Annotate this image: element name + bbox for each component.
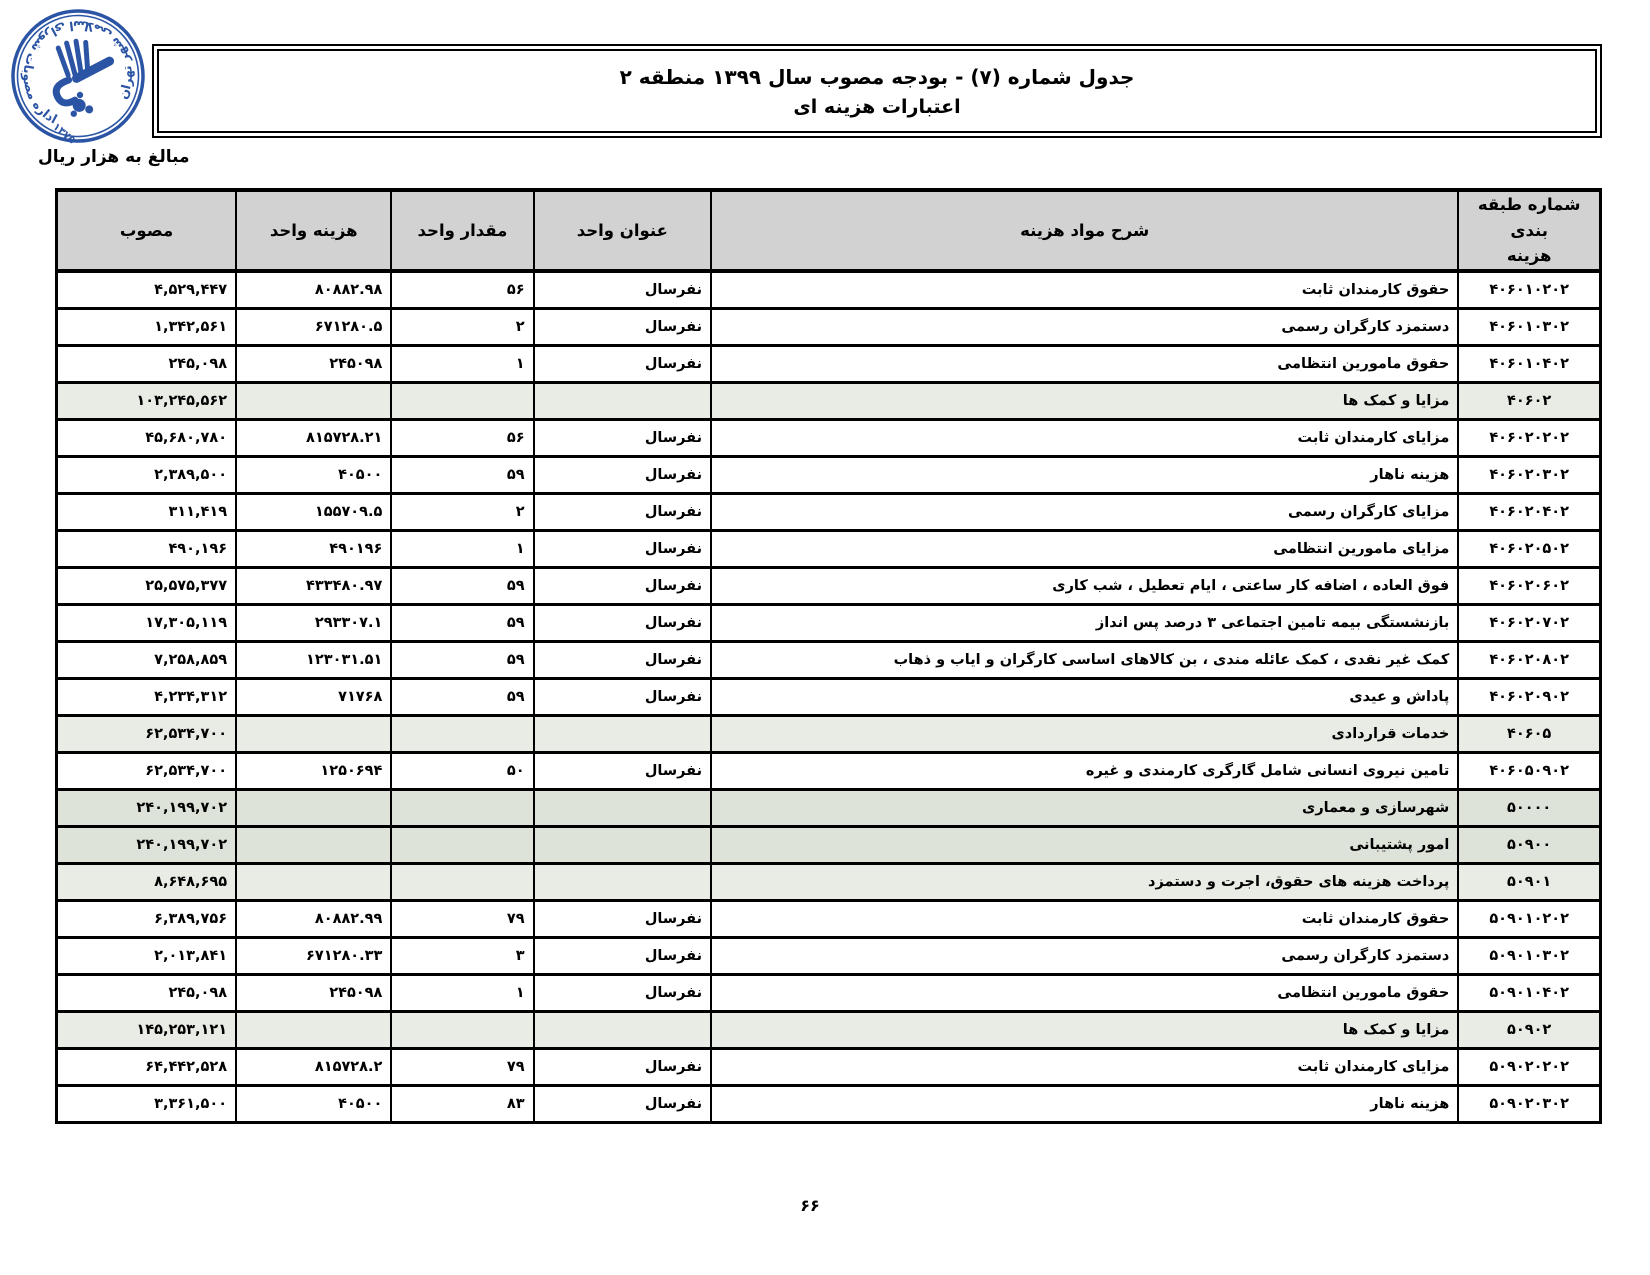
cell-unit-qty: ۵۹ — [391, 604, 533, 641]
cell-classification-code: ۵۰۹۰۱۰۳۰۲ — [1458, 937, 1600, 974]
cell-unit-title: نفرسال — [534, 641, 711, 678]
cell-unit-qty — [391, 715, 533, 752]
cell-description: حقوق مامورین انتظامی — [711, 345, 1458, 382]
cell-approved: ۳,۳۶۱,۵۰۰ — [57, 1085, 237, 1122]
cell-unit-title — [534, 789, 711, 826]
cell-unit-qty — [391, 826, 533, 863]
cell-classification-code: ۴۰۶۰۲۰۴۰۲ — [1458, 493, 1600, 530]
cell-classification-code: ۵۰۹۰۲۰۲۰۲ — [1458, 1048, 1600, 1085]
cell-classification-code: ۵۰۹۰۱ — [1458, 863, 1600, 900]
cell-unit-cost: ۸۱۵۷۲۸.۲ — [236, 1048, 391, 1085]
cell-unit-cost: ۱۲۳۰۳۱.۵۱ — [236, 641, 391, 678]
col-header-description: شرح مواد هزینه — [711, 190, 1458, 271]
table-row: ۴۰۶۰۱۰۴۰۲ حقوق مامورین انتظامی نفرسال ۱ … — [57, 345, 1601, 382]
cell-unit-qty: ۵۹ — [391, 567, 533, 604]
table-body: ۴۰۶۰۱۰۲۰۲ حقوق کارمندان ثابت نفرسال ۵۶ ۸… — [57, 271, 1601, 1123]
cell-unit-cost — [236, 715, 391, 752]
table-row: ۵۰۹۰۱ پرداخت هزینه های حقوق، اجرت و دستم… — [57, 863, 1601, 900]
cell-classification-code: ۴۰۶۰۲ — [1458, 382, 1600, 419]
cell-approved: ۲,۰۱۳,۸۴۱ — [57, 937, 237, 974]
cell-classification-code: ۴۰۶۰۲۰۳۰۲ — [1458, 456, 1600, 493]
cell-unit-title: نفرسال — [534, 271, 711, 309]
cell-unit-qty — [391, 789, 533, 826]
cell-unit-title: نفرسال — [534, 456, 711, 493]
cell-approved: ۴۵,۶۸۰,۷۸۰ — [57, 419, 237, 456]
cell-unit-cost: ۱۲۵۰۶۹۴ — [236, 752, 391, 789]
cell-classification-code: ۴۰۶۰۲۰۸۰۲ — [1458, 641, 1600, 678]
cell-unit-qty: ۲ — [391, 493, 533, 530]
table-row: ۴۰۶۰۵ خدمات قراردادی ۶۲,۵۳۴,۷۰۰ — [57, 715, 1601, 752]
cell-approved: ۳۱۱,۴۱۹ — [57, 493, 237, 530]
table-row: ۵۰۹۰۱۰۳۰۲ دستمزد کارگران رسمی نفرسال ۳ ۶… — [57, 937, 1601, 974]
cell-approved: ۴۹۰,۱۹۶ — [57, 530, 237, 567]
cell-description: مزایای کارگران رسمی — [711, 493, 1458, 530]
cell-description: حقوق کارمندان ثابت — [711, 900, 1458, 937]
cell-approved: ۲,۳۸۹,۵۰۰ — [57, 456, 237, 493]
cell-description: تامین نیروی انسانی شامل گارگری کارمندی و… — [711, 752, 1458, 789]
cell-description: دستمزد کارگران رسمی — [711, 308, 1458, 345]
cell-unit-title: نفرسال — [534, 567, 711, 604]
table-row: ۴۰۶۰۲۰۲۰۲ مزایای کارمندان ثابت نفرسال ۵۶… — [57, 419, 1601, 456]
cell-unit-title: نفرسال — [534, 1048, 711, 1085]
cell-unit-title: نفرسال — [534, 493, 711, 530]
cell-unit-qty — [391, 382, 533, 419]
table-row: ۵۰۰۰۰ شهرسازی و معماری ۲۴۰,۱۹۹,۷۰۲ — [57, 789, 1601, 826]
col-header-unit-cost: هزینه واحد — [236, 190, 391, 271]
table-row: ۴۰۶۰۱۰۳۰۲ دستمزد کارگران رسمی نفرسال ۲ ۶… — [57, 308, 1601, 345]
cell-unit-qty: ۱ — [391, 530, 533, 567]
cell-unit-cost: ۸۰۸۸۲.۹۹ — [236, 900, 391, 937]
cell-description: هزینه ناهار — [711, 1085, 1458, 1122]
cell-approved: ۶۲,۵۳۴,۷۰۰ — [57, 715, 237, 752]
cell-unit-cost — [236, 863, 391, 900]
table-row: ۴۰۶۰۲۰۹۰۲ پاداش و عیدی نفرسال ۵۹ ۷۱۷۶۸ ۴… — [57, 678, 1601, 715]
cell-unit-cost: ۴۹۰۱۹۶ — [236, 530, 391, 567]
col-header-unit-qty: مقدار واحد — [391, 190, 533, 271]
council-stamp: اداره مصوبات شورای اسلامی شهر تهران ۱۳۷۵ — [6, 2, 150, 150]
cell-approved: ۲۵,۵۷۵,۳۷۷ — [57, 567, 237, 604]
cell-unit-title: نفرسال — [534, 308, 711, 345]
cell-unit-title — [534, 715, 711, 752]
col-header-classification-code-line1: شماره طبقه بندی — [1478, 195, 1581, 240]
table-row: ۴۰۶۰۲۰۵۰۲ مزایای مامورین انتظامی نفرسال … — [57, 530, 1601, 567]
col-header-unit-title: عنوان واحد — [534, 190, 711, 271]
cell-unit-qty: ۷۹ — [391, 1048, 533, 1085]
cell-approved: ۴,۵۲۹,۴۴۷ — [57, 271, 237, 309]
cell-description: دستمزد کارگران رسمی — [711, 937, 1458, 974]
table-row: ۴۰۶۰۲۰۸۰۲ کمک غیر نقدی ، کمک عائله مندی … — [57, 641, 1601, 678]
document-title-box: جدول شماره (۷) - بودجه مصوب سال ۱۳۹۹ منط… — [152, 44, 1602, 138]
cell-unit-cost: ۱۵۵۷۰۹.۵ — [236, 493, 391, 530]
cell-description: پاداش و عیدی — [711, 678, 1458, 715]
table-row: ۵۰۹۰۰ امور پشتیبانی ۲۴۰,۱۹۹,۷۰۲ — [57, 826, 1601, 863]
cell-approved: ۷,۲۵۸,۸۵۹ — [57, 641, 237, 678]
cell-unit-title — [534, 1011, 711, 1048]
cell-classification-code: ۵۰۹۰۲ — [1458, 1011, 1600, 1048]
cell-description: مزایای مامورین انتظامی — [711, 530, 1458, 567]
document-title: جدول شماره (۷) - بودجه مصوب سال ۱۳۹۹ منط… — [620, 65, 1135, 89]
cell-approved: ۲۴۵,۰۹۸ — [57, 974, 237, 1011]
cell-approved: ۶,۳۸۹,۷۵۶ — [57, 900, 237, 937]
cell-unit-cost — [236, 826, 391, 863]
cell-classification-code: ۴۰۶۰۲۰۶۰۲ — [1458, 567, 1600, 604]
cell-unit-qty: ۵۶ — [391, 271, 533, 309]
cell-classification-code: ۵۰۹۰۰ — [1458, 826, 1600, 863]
cell-unit-cost: ۶۷۱۲۸۰.۵ — [236, 308, 391, 345]
cell-classification-code: ۴۰۶۰۱۰۳۰۲ — [1458, 308, 1600, 345]
cell-unit-cost: ۴۳۳۴۸۰.۹۷ — [236, 567, 391, 604]
cell-description: حقوق کارمندان ثابت — [711, 271, 1458, 309]
cell-classification-code: ۵۰۹۰۱۰۲۰۲ — [1458, 900, 1600, 937]
cell-unit-qty: ۲ — [391, 308, 533, 345]
cell-classification-code: ۴۰۶۰۱۰۲۰۲ — [1458, 271, 1600, 309]
table-row: ۵۰۹۰۱۰۴۰۲ حقوق مامورین انتظامی نفرسال ۱ … — [57, 974, 1601, 1011]
cell-unit-qty: ۸۳ — [391, 1085, 533, 1122]
cell-unit-title: نفرسال — [534, 419, 711, 456]
cell-description: کمک غیر نقدی ، کمک عائله مندی ، بن کالاه… — [711, 641, 1458, 678]
cell-approved: ۱۰۳,۲۴۵,۵۶۲ — [57, 382, 237, 419]
cell-description: هزینه ناهار — [711, 456, 1458, 493]
cell-unit-cost: ۲۹۳۳۰۷.۱ — [236, 604, 391, 641]
cell-classification-code: ۵۰۹۰۱۰۴۰۲ — [1458, 974, 1600, 1011]
cell-description: بازنشستگی بیمه تامین اجتماعی ۳ درصد پس ا… — [711, 604, 1458, 641]
table-row: ۴۰۶۰۲۰۴۰۲ مزایای کارگران رسمی نفرسال ۲ ۱… — [57, 493, 1601, 530]
cell-unit-cost — [236, 1011, 391, 1048]
table-row: ۵۰۹۰۲۰۲۰۲ مزایای کارمندان ثابت نفرسال ۷۹… — [57, 1048, 1601, 1085]
cell-classification-code: ۴۰۶۰۲۰۹۰۲ — [1458, 678, 1600, 715]
cell-approved: ۱,۳۴۲,۵۶۱ — [57, 308, 237, 345]
cell-classification-code: ۵۰۹۰۲۰۳۰۲ — [1458, 1085, 1600, 1122]
cell-unit-title: نفرسال — [534, 530, 711, 567]
col-header-classification-code: شماره طبقه بندی هزینه — [1458, 190, 1600, 271]
cell-unit-cost — [236, 789, 391, 826]
cell-description: حقوق مامورین انتظامی — [711, 974, 1458, 1011]
cell-description: مزایا و کمک ها — [711, 382, 1458, 419]
cell-unit-title — [534, 826, 711, 863]
cell-unit-qty: ۳ — [391, 937, 533, 974]
amounts-unit-note: مبالغ به هزار ریال — [38, 147, 190, 167]
table-row: ۵۰۹۰۱۰۲۰۲ حقوق کارمندان ثابت نفرسال ۷۹ ۸… — [57, 900, 1601, 937]
cell-unit-qty: ۷۹ — [391, 900, 533, 937]
cell-unit-title: نفرسال — [534, 937, 711, 974]
cell-unit-qty: ۵۶ — [391, 419, 533, 456]
table-row: ۵۰۹۰۲ مزایا و کمک ها ۱۴۵,۲۵۳,۱۲۱ — [57, 1011, 1601, 1048]
cell-classification-code: ۵۰۰۰۰ — [1458, 789, 1600, 826]
cell-unit-cost: ۸۱۵۷۲۸.۲۱ — [236, 419, 391, 456]
cell-unit-qty: ۵۹ — [391, 641, 533, 678]
col-header-approved: مصوب — [57, 190, 237, 271]
cell-unit-title — [534, 863, 711, 900]
cell-unit-title — [534, 382, 711, 419]
table-row: ۴۰۶۰۲۰۳۰۲ هزینه ناهار نفرسال ۵۹ ۴۰۵۰۰ ۲,… — [57, 456, 1601, 493]
cell-description: مزایای کارمندان ثابت — [711, 419, 1458, 456]
stamp-year: ۱۳۷۵ — [50, 121, 78, 147]
cell-unit-cost: ۲۴۵۰۹۸ — [236, 345, 391, 382]
cell-unit-cost: ۲۴۵۰۹۸ — [236, 974, 391, 1011]
cell-approved: ۶۴,۴۴۲,۵۲۸ — [57, 1048, 237, 1085]
cell-description: مزایای کارمندان ثابت — [711, 1048, 1458, 1085]
cell-approved: ۴,۲۳۴,۳۱۲ — [57, 678, 237, 715]
cell-unit-title: نفرسال — [534, 678, 711, 715]
cell-unit-title: نفرسال — [534, 345, 711, 382]
cell-unit-title: نفرسال — [534, 900, 711, 937]
cell-unit-cost: ۷۱۷۶۸ — [236, 678, 391, 715]
cell-unit-qty — [391, 863, 533, 900]
table-header-row: شماره طبقه بندی هزینه شرح مواد هزینه عنو… — [57, 190, 1601, 271]
cell-unit-cost — [236, 382, 391, 419]
page-number: ۶۶ — [0, 1196, 1620, 1215]
cell-approved: ۲۴۰,۱۹۹,۷۰۲ — [57, 789, 237, 826]
cell-description: پرداخت هزینه های حقوق، اجرت و دستمزد — [711, 863, 1458, 900]
cell-unit-qty: ۱ — [391, 974, 533, 1011]
cell-description: شهرسازی و معماری — [711, 789, 1458, 826]
cell-unit-cost: ۴۰۵۰۰ — [236, 456, 391, 493]
cell-classification-code: ۴۰۶۰۲۰۷۰۲ — [1458, 604, 1600, 641]
cell-classification-code: ۴۰۶۰۵۰۹۰۲ — [1458, 752, 1600, 789]
table-row: ۵۰۹۰۲۰۳۰۲ هزینه ناهار نفرسال ۸۳ ۴۰۵۰۰ ۳,… — [57, 1085, 1601, 1122]
cell-approved: ۱۷,۳۰۵,۱۱۹ — [57, 604, 237, 641]
cell-classification-code: ۴۰۶۰۲۰۵۰۲ — [1458, 530, 1600, 567]
cell-description: خدمات قراردادی — [711, 715, 1458, 752]
cell-unit-qty — [391, 1011, 533, 1048]
cell-classification-code: ۴۰۶۰۱۰۴۰۲ — [1458, 345, 1600, 382]
table-row: ۴۰۶۰۵۰۹۰۲ تامین نیروی انسانی شامل گارگری… — [57, 752, 1601, 789]
cell-unit-qty: ۱ — [391, 345, 533, 382]
cell-approved: ۲۴۵,۰۹۸ — [57, 345, 237, 382]
cell-unit-title: نفرسال — [534, 604, 711, 641]
col-header-classification-code-line2: هزینه — [1507, 246, 1552, 265]
cell-description: مزایا و کمک ها — [711, 1011, 1458, 1048]
table-row: ۴۰۶۰۲ مزایا و کمک ها ۱۰۳,۲۴۵,۵۶۲ — [57, 382, 1601, 419]
document-subtitle: اعتبارات هزینه ای — [793, 96, 960, 118]
table-row: ۴۰۶۰۱۰۲۰۲ حقوق کارمندان ثابت نفرسال ۵۶ ۸… — [57, 271, 1601, 309]
cell-unit-title: نفرسال — [534, 1085, 711, 1122]
cell-approved: ۸,۶۴۸,۶۹۵ — [57, 863, 237, 900]
cell-unit-qty: ۵۰ — [391, 752, 533, 789]
cell-unit-cost: ۸۰۸۸۲.۹۸ — [236, 271, 391, 309]
cell-unit-title: نفرسال — [534, 752, 711, 789]
cell-unit-cost: ۴۰۵۰۰ — [236, 1085, 391, 1122]
table-row: ۴۰۶۰۲۰۷۰۲ بازنشستگی بیمه تامین اجتماعی ۳… — [57, 604, 1601, 641]
cell-unit-qty: ۵۹ — [391, 456, 533, 493]
cell-approved: ۶۲,۵۳۴,۷۰۰ — [57, 752, 237, 789]
cell-unit-cost: ۶۷۱۲۸۰.۳۳ — [236, 937, 391, 974]
cell-classification-code: ۴۰۶۰۲۰۲۰۲ — [1458, 419, 1600, 456]
table-row: ۴۰۶۰۲۰۶۰۲ فوق العاده ، اضافه کار ساعتی ،… — [57, 567, 1601, 604]
cell-unit-title: نفرسال — [534, 974, 711, 1011]
budget-table: شماره طبقه بندی هزینه شرح مواد هزینه عنو… — [55, 188, 1602, 1124]
cell-description: فوق العاده ، اضافه کار ساعتی ، ایام تعطی… — [711, 567, 1458, 604]
cell-unit-qty: ۵۹ — [391, 678, 533, 715]
cell-approved: ۱۴۵,۲۵۳,۱۲۱ — [57, 1011, 237, 1048]
cell-classification-code: ۴۰۶۰۵ — [1458, 715, 1600, 752]
cell-approved: ۲۴۰,۱۹۹,۷۰۲ — [57, 826, 237, 863]
cell-description: امور پشتیبانی — [711, 826, 1458, 863]
budget-table-container: شماره طبقه بندی هزینه شرح مواد هزینه عنو… — [55, 188, 1602, 1124]
